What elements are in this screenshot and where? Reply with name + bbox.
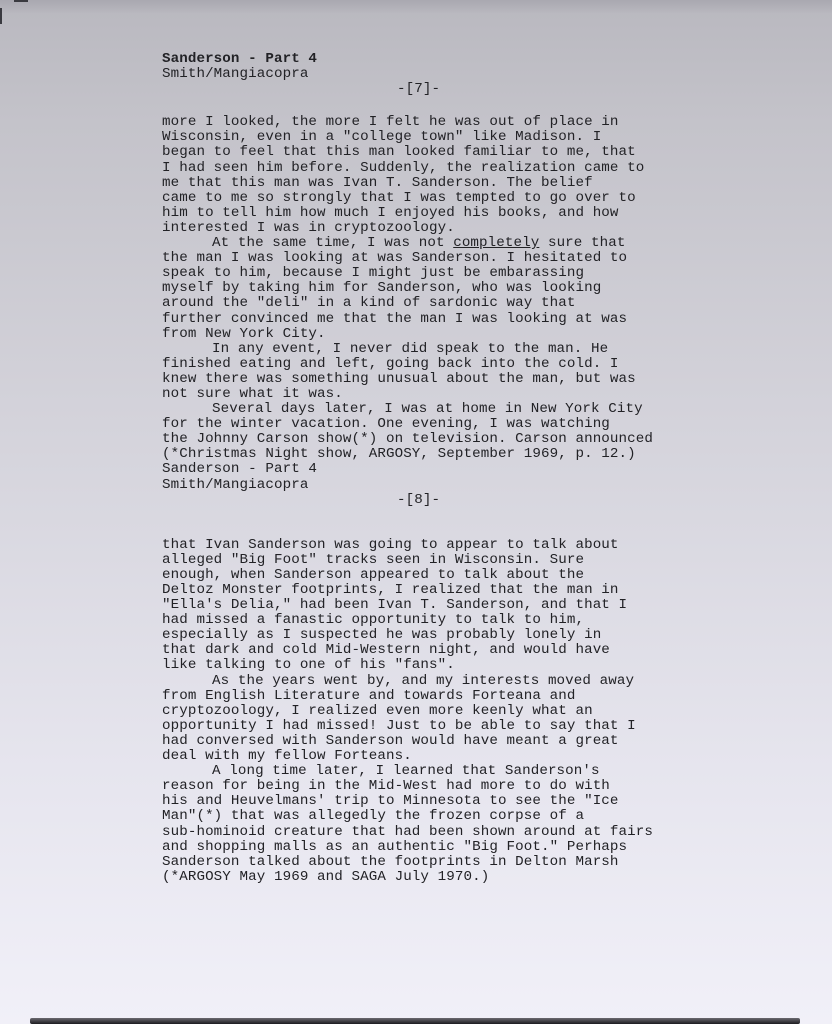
- text-line: reason for being in the Mid-West had mor…: [162, 779, 762, 794]
- text-line: knew there was something unusual about t…: [162, 372, 762, 387]
- paragraph: A long time later, I learned that Sander…: [162, 764, 762, 870]
- text-line: A long time later, I learned that Sander…: [162, 764, 762, 779]
- text-line: At the same time, I was not completely s…: [162, 236, 762, 251]
- text-line: that Ivan Sanderson was going to appear …: [162, 538, 762, 553]
- header-title: Sanderson - Part 4: [162, 52, 762, 67]
- text-line: for the winter vacation. One evening, I …: [162, 417, 762, 432]
- text-line: like talking to one of his "fans".: [162, 658, 762, 673]
- text-line: began to feel that this man looked famil…: [162, 145, 762, 160]
- scan-edge-mark: [0, 8, 2, 24]
- text-line: "Ella's Delia," had been Ivan T. Sanders…: [162, 598, 762, 613]
- text-line: the man I was looking at was Sanderson. …: [162, 251, 762, 266]
- text-line: from English Literature and towards Fort…: [162, 689, 762, 704]
- text-span: At the same time, I was not: [212, 235, 453, 251]
- text-line: finished eating and left, going back int…: [162, 357, 762, 372]
- text-line: had missed a fanastic opportunity to tal…: [162, 613, 762, 628]
- text-line: me that this man was Ivan T. Sanderson. …: [162, 176, 762, 191]
- page-number: -[8]-: [162, 493, 762, 508]
- paragraph: Several days later, I was at home in New…: [162, 402, 762, 447]
- text-line: cryptozoology, I realized even more keen…: [162, 704, 762, 719]
- text-line: Man"(*) that was allegedly the frozen co…: [162, 809, 762, 824]
- text-line: enough, when Sanderson appeared to talk …: [162, 568, 762, 583]
- scan-shadow-top: [0, 0, 832, 14]
- text-span: sure that: [539, 235, 625, 251]
- text-line: deal with my fellow Forteans.: [162, 749, 762, 764]
- header-title: Sanderson - Part 4: [162, 462, 762, 477]
- text-line: him to tell him how much I enjoyed his b…: [162, 206, 762, 221]
- text-line: Sanderson talked about the footprints in…: [162, 855, 762, 870]
- text-line: around the "deli" in a kind of sardonic …: [162, 296, 762, 311]
- text-line: more I looked, the more I felt he was ou…: [162, 115, 762, 130]
- text-line: I had seen him before. Suddenly, the rea…: [162, 161, 762, 176]
- text-line: from New York City.: [162, 327, 762, 342]
- footnote: (*ARGOSY May 1969 and SAGA July 1970.): [162, 870, 762, 885]
- underlined-word: completely: [453, 235, 539, 251]
- text-line: speak to him, because I might just be em…: [162, 266, 762, 281]
- paragraph: In any event, I never did speak to the m…: [162, 342, 762, 402]
- text-line: that dark and cold Mid-Western night, an…: [162, 643, 762, 658]
- header-authors: Smith/Mangiacopra: [162, 478, 762, 493]
- paragraph: As the years went by, and my interests m…: [162, 674, 762, 765]
- text-line: and shopping malls as an authentic "Big …: [162, 840, 762, 855]
- text-line: alleged "Big Foot" tracks seen in Wiscon…: [162, 553, 762, 568]
- page-8: Sanderson - Part 4 Smith/Mangiacopra -[8…: [162, 462, 762, 884]
- paragraph: At the same time, I was not completely s…: [162, 236, 762, 342]
- text-line: Several days later, I was at home in New…: [162, 402, 762, 417]
- paragraph: that Ivan Sanderson was going to appear …: [162, 538, 762, 674]
- text-line: Deltoz Monster footprints, I realized th…: [162, 583, 762, 598]
- text-line: had conversed with Sanderson would have …: [162, 734, 762, 749]
- page-7: Sanderson - Part 4 Smith/Mangiacopra -[7…: [162, 52, 762, 462]
- typed-document: Sanderson - Part 4 Smith/Mangiacopra -[7…: [162, 52, 762, 885]
- text-line: further convinced me that the man I was …: [162, 312, 762, 327]
- text-line: sub-hominoid creature that had been show…: [162, 825, 762, 840]
- text-line: As the years went by, and my interests m…: [162, 674, 762, 689]
- footnote: (*Christmas Night show, ARGOSY, Septembe…: [162, 447, 762, 462]
- text-line: Wisconsin, even in a "college town" like…: [162, 130, 762, 145]
- text-line: opportunity I had missed! Just to be abl…: [162, 719, 762, 734]
- header-authors: Smith/Mangiacopra: [162, 67, 762, 82]
- text-line: myself by taking him for Sanderson, who …: [162, 281, 762, 296]
- text-line: came to me so strongly that I was tempte…: [162, 191, 762, 206]
- text-line: the Johnny Carson show(*) on television.…: [162, 432, 762, 447]
- scan-edge-mark-top: [14, 0, 28, 2]
- page-number: -[7]-: [162, 82, 762, 97]
- scan-bottom-edge: [30, 1018, 800, 1024]
- text-line: especially as I suspected he was probabl…: [162, 628, 762, 643]
- text-line: In any event, I never did speak to the m…: [162, 342, 762, 357]
- paragraph: more I looked, the more I felt he was ou…: [162, 115, 762, 236]
- text-line: his and Heuvelmans' trip to Minnesota to…: [162, 794, 762, 809]
- text-line: not sure what it was.: [162, 387, 762, 402]
- text-line: interested I was in cryptozoology.: [162, 221, 762, 236]
